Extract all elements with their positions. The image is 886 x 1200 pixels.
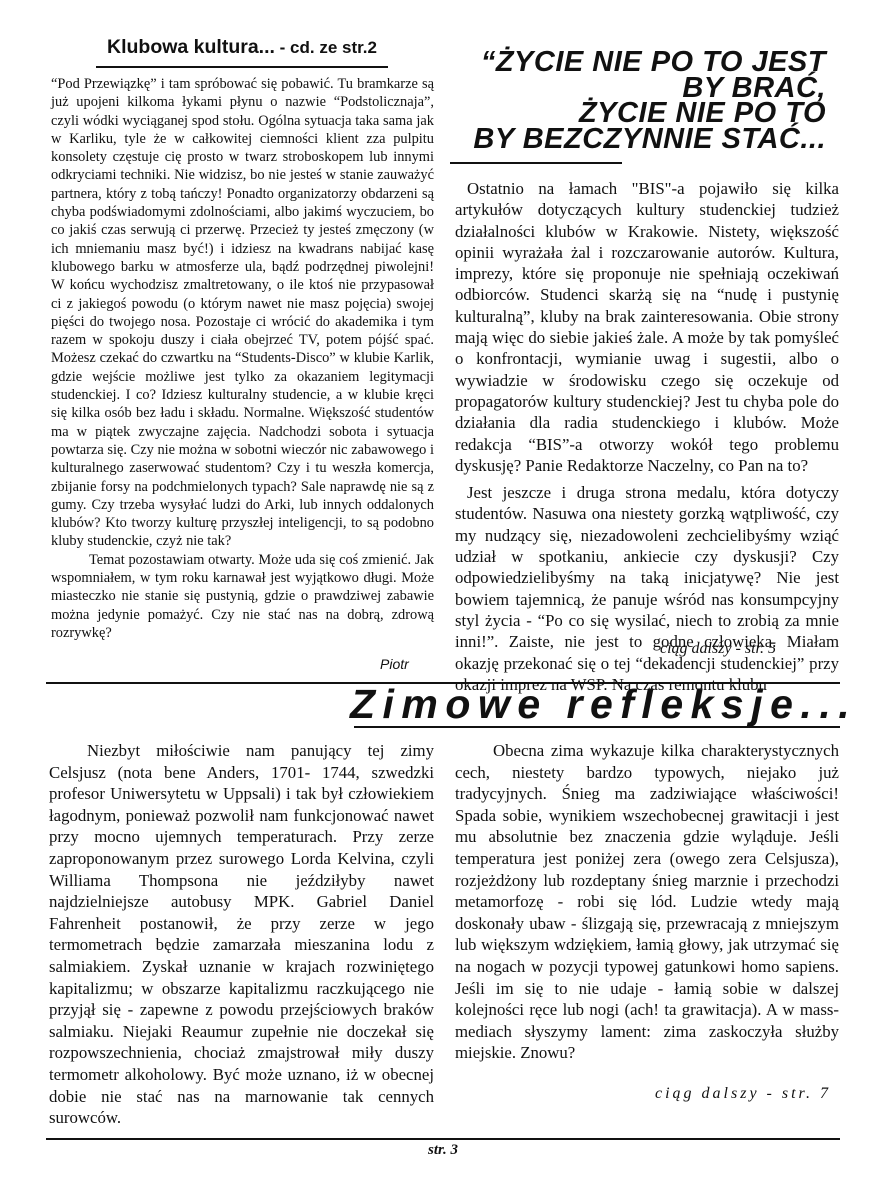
continued-note: ciąg dalszy - str. 5 (660, 640, 776, 658)
article-title-zycie: “ŻYCIE NIE PO TO JEST BY BRAĆ, ŻYCIE NIE… (452, 50, 826, 152)
title-underline (354, 726, 840, 728)
heading-underline (96, 66, 388, 68)
page-number: str. 3 (0, 1142, 886, 1159)
paragraph: Obecna zima wykazuje kilka charakterysty… (455, 740, 839, 1064)
article-heading-klubowa-kultura: Klubowa kultura... - cd. ze str.2 (96, 36, 388, 59)
article-title-zimowe-refleksje: Zimowe refleksje... (350, 680, 840, 728)
title-line: BY BEZCZYNNIE STAĆ... (452, 127, 826, 153)
author-signature: Piotr (380, 656, 409, 672)
continued-note: ciąg dalszy - str. 7 (655, 1085, 831, 1103)
article-body-klubowa-kultura: “Pod Przewiązkę” i tam spróbować się pob… (51, 75, 434, 642)
title-underline (450, 162, 622, 164)
paragraph: “Pod Przewiązkę” i tam spróbować się pob… (51, 75, 434, 551)
heading-main: Klubowa kultura... (107, 36, 275, 58)
heading-sub: - cd. ze str.2 (275, 38, 377, 57)
article-body-zycie: Ostatnio na łamach "BIS"-a pojawiło się … (455, 178, 839, 701)
article-body-right-column: Obecna zima wykazuje kilka charakterysty… (455, 740, 839, 1064)
article-body-left-column: Niezbyt miłościwie nam panujący tej zimy… (49, 740, 434, 1129)
paragraph: Temat pozostawiam otwarty. Może uda się … (51, 551, 434, 642)
paragraph: Niezbyt miłościwie nam panujący tej zimy… (49, 740, 434, 1129)
paragraph: Jest jeszcze i druga strona medalu, któr… (455, 482, 839, 695)
paragraph: Ostatnio na łamach "BIS"-a pojawiło się … (455, 178, 839, 476)
footer-divider (46, 1138, 840, 1140)
